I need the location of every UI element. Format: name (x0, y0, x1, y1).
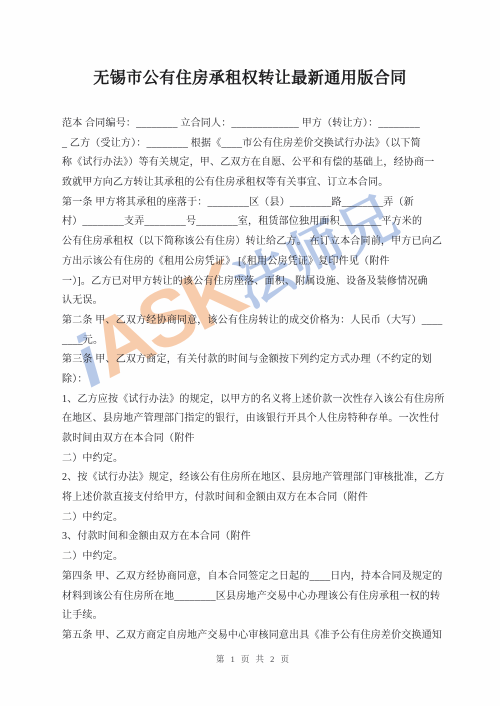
document-line: 二）中约定。 (62, 449, 445, 469)
document-line: 3、付款时间和金额由双方在本合同（附件 (62, 527, 445, 547)
document-line: 让手续。 (62, 606, 445, 626)
document-line: 认无误。 (62, 291, 445, 311)
document-line: 村）________支弄________号________室，租赁部位独用面积_… (62, 212, 445, 232)
document-body: 范本 合同编号：________ 立合同人：_____________ 甲方（转… (62, 114, 445, 646)
document-line: ____元。 (62, 331, 445, 351)
document-line: 致就甲方向乙方转让其承租的公有住房承租权等有关事宜、订立本合同。 (62, 173, 445, 193)
document-line: 二）中约定。 (62, 547, 445, 567)
document-line: 称《试行办法》）等有关规定，甲、乙双方在自愿、公平和有偿的基础上，经协商一 (62, 153, 445, 173)
document-line: 在地区、县房地产管理部门指定的银行，由该银行开具个人住房特种存单。一次性付 (62, 409, 445, 429)
document-line: 二）中约定。 (62, 508, 445, 528)
document-line: 款时间由双方在本合同（附件 (62, 429, 445, 449)
document-line: 公有住房承租权（以下简称该公有住房）转让给乙方。 在订立本合同前，甲方已向乙 (62, 232, 445, 252)
document-line: 第二条 甲、乙双方经协商同意，该公有住房转让的成交价格为：人民币（大写）____ (62, 311, 445, 331)
document-line: 材料到该公有住房所在地________区县房地产交易中心办理该公有住房承租一权的… (62, 587, 445, 607)
document-line: 范本 合同编号：________ 立合同人：_____________ 甲方（转… (62, 114, 445, 134)
document-line: 除）： (62, 370, 445, 390)
document-line: 2、按《试行办法》规定，经该公有住房所在地区、县房地产管理部门审核批准，乙方 (62, 468, 445, 488)
document-line: 1、乙方应按《试行办法》的规定，以甲方的名义将上述价款一次性存入该公有住房所 (62, 390, 445, 410)
document-line: 方出示该公有住房的《租用公房凭证》 [《租用公房凭证》复印件见（附件 (62, 252, 445, 272)
document-line: 第四条 甲、乙双方经协商同意，自本合同签定之日起的____日内，持本合同及规定的 (62, 567, 445, 587)
document-line: 将上述价款直接支付给甲方，付款时间和金额由双方在本合同（附件 (62, 488, 445, 508)
contract-page: iASK法师兄 无锡市公有住房承租权转让最新通用版合同 范本 合同编号：____… (0, 0, 500, 706)
document-line: 第一条 甲方将其承租的座落于：________区（县）________路____… (62, 193, 445, 213)
page-number-footer: 第 1 页 共 2 页 (62, 653, 445, 665)
document-line: 第五条 甲、乙双方商定自房地产交易中心审核同意出具《准予公有住房差价交换通知 (62, 626, 445, 646)
document-line: _ 乙方（受让方）：________ 根据《____市公有住房差价交换试行办法》… (62, 134, 445, 154)
document-title: 无锡市公有住房承租权转让最新通用版合同 (0, 65, 500, 88)
document-line: 第三条 甲、乙双方商定，有关付款的时间与金额按下列约定方式办理（不约定的划 (62, 350, 445, 370)
document-line: 一）]。乙方已对甲方转让的该公有住房座落、面积、附属设施、设备及装修情况确 (62, 272, 445, 292)
